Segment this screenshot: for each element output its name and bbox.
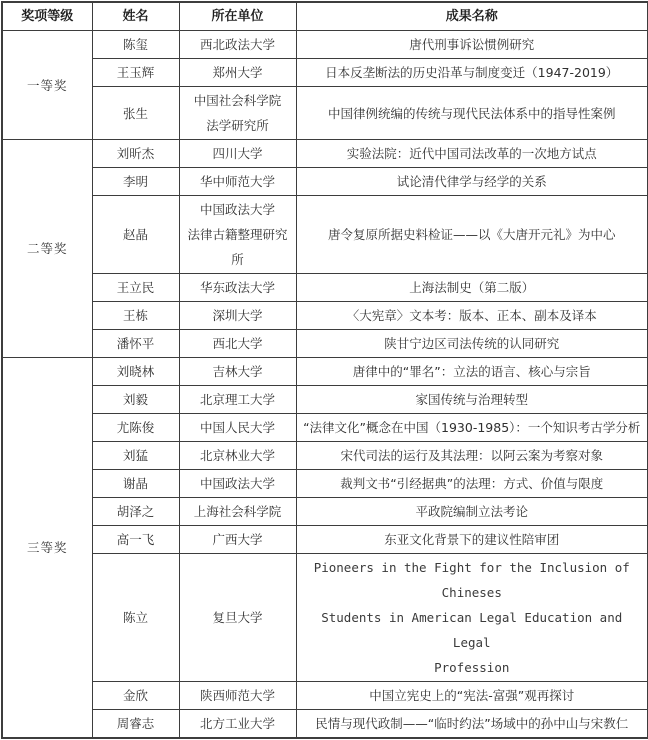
- work-cell: 日本反垄断法的历史沿革与制度变迁（1947-2019）: [296, 59, 648, 87]
- unit-cell: 复旦大学: [179, 554, 296, 682]
- table-row: 尤陈俊中国人民大学“法律文化”概念在中国（1930-1985）：一个知识考古学分…: [2, 414, 648, 442]
- unit-cell: 北方工业大学: [179, 710, 296, 739]
- table-row: 李明华中师范大学试论清代律学与经学的关系: [2, 168, 648, 196]
- unit-cell: 中国人民大学: [179, 414, 296, 442]
- unit-cell: 西北政法大学: [179, 31, 296, 59]
- work-cell: 中国律例统编的传统与现代民法体系中的指导性案例: [296, 87, 648, 140]
- table-row: 赵晶中国政法大学 法律古籍整理研究 所唐令复原所据史料检证——以《大唐开元礼》为…: [2, 196, 648, 274]
- work-cell: “法律文化”概念在中国（1930-1985）：一个知识考古学分析: [296, 414, 648, 442]
- work-cell: 唐律中的“罪名”：立法的语言、核心与宗旨: [296, 358, 648, 386]
- name-cell: 王玉辉: [92, 59, 179, 87]
- work-cell: 〈大宪章〉文本考：版本、正本、副本及译本: [296, 302, 648, 330]
- table-row: 王栋深圳大学〈大宪章〉文本考：版本、正本、副本及译本: [2, 302, 648, 330]
- table-row: 周睿志北方工业大学民情与现代政制——“临时约法”场域中的孙中山与宋教仁: [2, 710, 648, 739]
- unit-cell: 华中师范大学: [179, 168, 296, 196]
- work-cell: 宋代司法的运行及其法理：以阿云案为考察对象: [296, 442, 648, 470]
- name-cell: 胡泽之: [92, 498, 179, 526]
- name-cell: 赵晶: [92, 196, 179, 274]
- work-cell: 家国传统与治理转型: [296, 386, 648, 414]
- name-cell: 金欣: [92, 682, 179, 710]
- award-level-cell: 三等奖: [2, 358, 92, 739]
- name-cell: 陈玺: [92, 31, 179, 59]
- unit-cell: 北京理工大学: [179, 386, 296, 414]
- table-row: 潘怀平西北大学陕甘宁边区司法传统的认同研究: [2, 330, 648, 358]
- unit-cell: 中国社会科学院 法学研究所: [179, 87, 296, 140]
- award-level-cell: 一等奖: [2, 31, 92, 140]
- name-cell: 刘毅: [92, 386, 179, 414]
- table-row: 谢晶中国政法大学裁判文书“引经据典”的法理：方式、价值与限度: [2, 470, 648, 498]
- unit-cell: 广西大学: [179, 526, 296, 554]
- name-cell: 王立民: [92, 274, 179, 302]
- work-cell: 实验法院：近代中国司法改革的一次地方试点: [296, 140, 648, 168]
- name-cell: 谢晶: [92, 470, 179, 498]
- table-row: 刘毅北京理工大学家国传统与治理转型: [2, 386, 648, 414]
- work-cell: 上海法制史（第二版）: [296, 274, 648, 302]
- unit-cell: 中国政法大学 法律古籍整理研究 所: [179, 196, 296, 274]
- name-cell: 李明: [92, 168, 179, 196]
- header-unit: 所在单位: [179, 2, 296, 31]
- work-cell: 裁判文书“引经据典”的法理：方式、价值与限度: [296, 470, 648, 498]
- table-row: 高一飞广西大学东亚文化背景下的建议性陪审团: [2, 526, 648, 554]
- table-row: 一等奖陈玺西北政法大学唐代刑事诉讼惯例研究: [2, 31, 648, 59]
- work-cell: Pioneers in the Fight for the Inclusion …: [296, 554, 648, 682]
- table-row: 刘猛北京林业大学宋代司法的运行及其法理：以阿云案为考察对象: [2, 442, 648, 470]
- table-header-row: 奖项等级 姓名 所在单位 成果名称: [2, 2, 648, 31]
- table-row: 王立民华东政法大学上海法制史（第二版）: [2, 274, 648, 302]
- name-cell: 周睿志: [92, 710, 179, 739]
- table-row: 陈立复旦大学Pioneers in the Fight for the Incl…: [2, 554, 648, 682]
- name-cell: 刘猛: [92, 442, 179, 470]
- name-cell: 王栋: [92, 302, 179, 330]
- work-cell: 中国立宪史上的“宪法-富强”观再探讨: [296, 682, 648, 710]
- header-award-level: 奖项等级: [2, 2, 92, 31]
- header-work: 成果名称: [296, 2, 648, 31]
- awards-table: 奖项等级 姓名 所在单位 成果名称 一等奖陈玺西北政法大学唐代刑事诉讼惯例研究王…: [1, 1, 648, 739]
- unit-cell: 北京林业大学: [179, 442, 296, 470]
- name-cell: 刘昕杰: [92, 140, 179, 168]
- award-level-cell: 二等奖: [2, 140, 92, 358]
- table-row: 三等奖刘晓林吉林大学唐律中的“罪名”：立法的语言、核心与宗旨: [2, 358, 648, 386]
- awards-table-body: 一等奖陈玺西北政法大学唐代刑事诉讼惯例研究王玉辉郑州大学日本反垄断法的历史沿革与…: [2, 31, 648, 739]
- unit-cell: 陕西师范大学: [179, 682, 296, 710]
- name-cell: 张生: [92, 87, 179, 140]
- header-name: 姓名: [92, 2, 179, 31]
- unit-cell: 深圳大学: [179, 302, 296, 330]
- name-cell: 尤陈俊: [92, 414, 179, 442]
- work-cell: 东亚文化背景下的建议性陪审团: [296, 526, 648, 554]
- table-row: 胡泽之上海社会科学院平政院编制立法考论: [2, 498, 648, 526]
- unit-cell: 四川大学: [179, 140, 296, 168]
- table-row: 金欣陕西师范大学中国立宪史上的“宪法-富强”观再探讨: [2, 682, 648, 710]
- unit-cell: 西北大学: [179, 330, 296, 358]
- name-cell: 刘晓林: [92, 358, 179, 386]
- table-row: 二等奖刘昕杰四川大学实验法院：近代中国司法改革的一次地方试点: [2, 140, 648, 168]
- unit-cell: 吉林大学: [179, 358, 296, 386]
- name-cell: 高一飞: [92, 526, 179, 554]
- awards-table-container: 奖项等级 姓名 所在单位 成果名称 一等奖陈玺西北政法大学唐代刑事诉讼惯例研究王…: [0, 0, 648, 740]
- name-cell: 陈立: [92, 554, 179, 682]
- work-cell: 民情与现代政制——“临时约法”场域中的孙中山与宋教仁: [296, 710, 648, 739]
- unit-cell: 郑州大学: [179, 59, 296, 87]
- work-cell: 唐代刑事诉讼惯例研究: [296, 31, 648, 59]
- work-cell: 平政院编制立法考论: [296, 498, 648, 526]
- work-cell: 唐令复原所据史料检证——以《大唐开元礼》为中心: [296, 196, 648, 274]
- unit-cell: 上海社会科学院: [179, 498, 296, 526]
- work-cell: 陕甘宁边区司法传统的认同研究: [296, 330, 648, 358]
- unit-cell: 中国政法大学: [179, 470, 296, 498]
- unit-cell: 华东政法大学: [179, 274, 296, 302]
- table-row: 王玉辉郑州大学日本反垄断法的历史沿革与制度变迁（1947-2019）: [2, 59, 648, 87]
- table-row: 张生中国社会科学院 法学研究所中国律例统编的传统与现代民法体系中的指导性案例: [2, 87, 648, 140]
- work-cell: 试论清代律学与经学的关系: [296, 168, 648, 196]
- name-cell: 潘怀平: [92, 330, 179, 358]
